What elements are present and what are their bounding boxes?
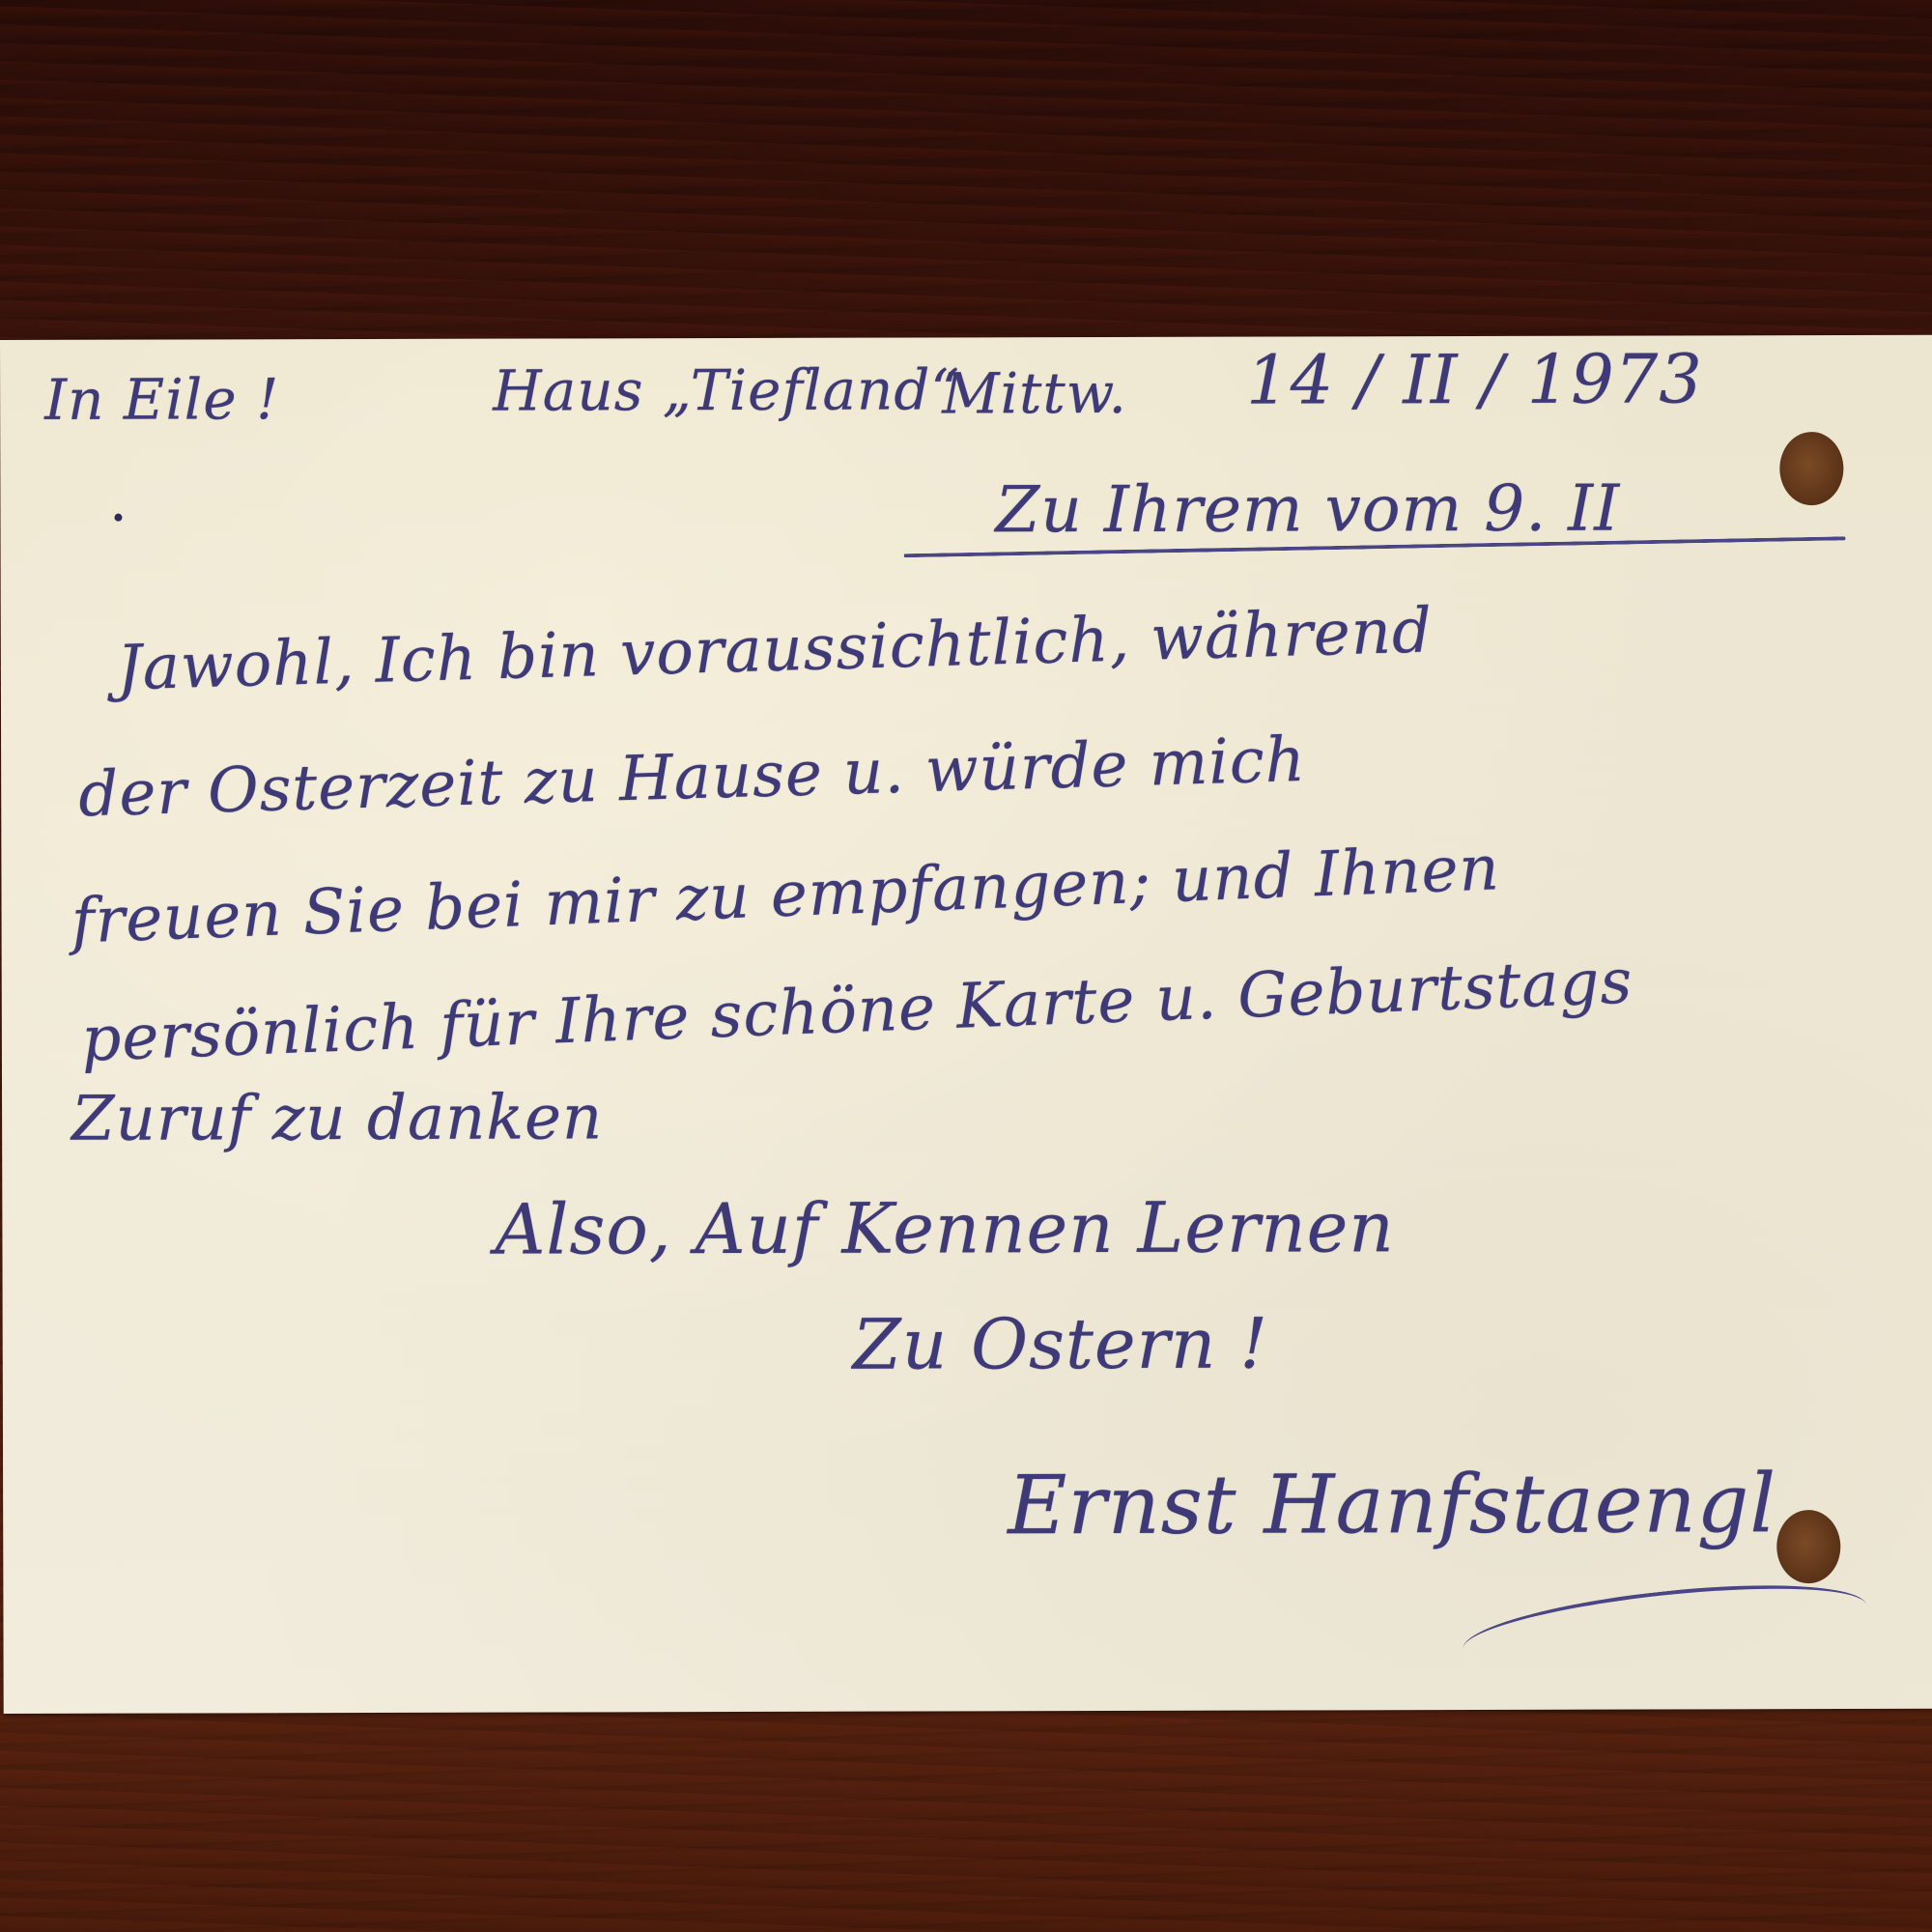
punch-hole-top — [1779, 432, 1843, 505]
signature: Ernst Hanfstaengl — [1008, 1456, 1776, 1552]
closing-line-1: Also, Auf Kennen Lernen — [495, 1186, 1394, 1269]
body-line-3: freuen Sie bei mir zu empfangen; und Ihn… — [71, 833, 1501, 957]
punch-hole-bottom — [1776, 1510, 1840, 1583]
header-note: In Eile ! — [44, 366, 279, 433]
postcard: In Eile ! Haus „Tiefland“ Mittw. 14 / II… — [0, 335, 1932, 1714]
reference-line: Zu Ihrem vom 9. II — [995, 471, 1620, 548]
body-line-4: persönlich für Ihre schöne Karte u. Gebu… — [80, 947, 1634, 1076]
header-location: Haus „Tiefland“ — [493, 356, 960, 423]
header-date: 14 / II / 1973 — [1246, 339, 1703, 419]
body-line-2: der Osterzeit zu Hause u. würde mich — [77, 724, 1306, 832]
header-weekday: Mittw. — [942, 360, 1127, 427]
closing-line-2: Zu Ostern ! — [853, 1303, 1269, 1385]
body-line-1: Jawohl, Ich bin voraussichtlich, während — [116, 595, 1434, 704]
ink-dot — [114, 514, 122, 522]
body-line-5: Zuruf zu danken — [71, 1082, 603, 1154]
signature-flourish — [1460, 1570, 1871, 1685]
